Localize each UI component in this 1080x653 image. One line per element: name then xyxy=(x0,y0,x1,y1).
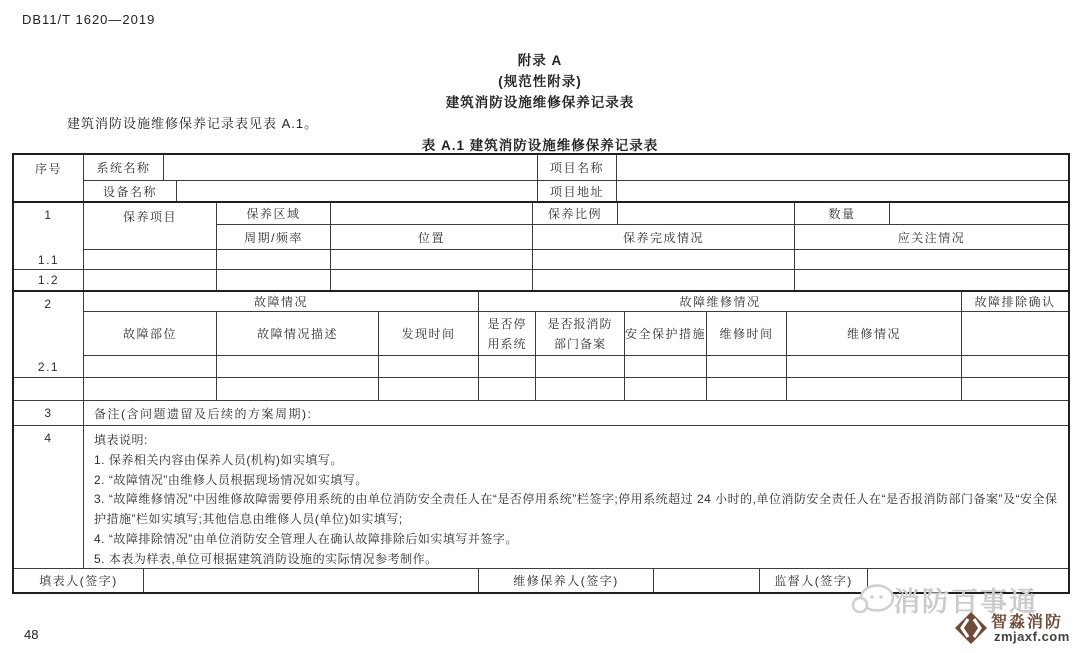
empty-cell xyxy=(84,270,217,290)
empty-cell xyxy=(787,356,962,378)
empty-cell xyxy=(617,155,1068,181)
record-table: 序号 系统名称 项目名称 设备名称 项目地址 1 保养项目 保养区域 保养比例 … xyxy=(12,153,1070,594)
empty-cell xyxy=(962,356,1068,378)
appendix-type-heading: (规范性附录) xyxy=(0,70,1080,90)
maintenance-ratio-label: 保养比例 xyxy=(533,203,618,225)
row-2-1-number: 2.1 xyxy=(14,356,84,378)
row-1-1-number: 1.1 xyxy=(14,250,84,270)
zhimiao-logo-url: zmjaxf.com xyxy=(994,629,1070,644)
fault-desc-header: 故障情况描述 xyxy=(217,312,379,356)
fault-repair-status-header: 故障维修情况 xyxy=(479,292,962,312)
row-1-2-number: 1.2 xyxy=(14,270,84,290)
empty-cell xyxy=(164,155,538,181)
empty-cell xyxy=(84,250,217,270)
empty-cell xyxy=(625,378,707,400)
zhimiao-diamond-logo-icon xyxy=(954,610,988,651)
page-number: 48 xyxy=(24,627,38,642)
empty-cell xyxy=(144,569,479,592)
empty-cell xyxy=(331,203,533,225)
empty-cell xyxy=(962,312,1068,356)
table-section-header-info: 序号 系统名称 项目名称 设备名称 项目地址 xyxy=(14,155,1068,203)
empty-cell xyxy=(625,356,707,378)
stop-system-header: 是否停 用系统 xyxy=(479,312,536,356)
empty-cell xyxy=(177,181,538,201)
empty-cell xyxy=(479,356,536,378)
empty-cell xyxy=(533,270,795,290)
row-3-number: 3 xyxy=(14,401,84,426)
empty-cell xyxy=(795,270,1068,290)
note-line: 4. “故障排除情况”由单位消防安全管理人在确认故障排除后如实填写并签字。 xyxy=(94,530,1058,550)
empty-cell xyxy=(479,378,536,400)
remarks-label: 备注(含问题遗留及后续的方案周期): xyxy=(84,401,1068,426)
empty-cell xyxy=(536,378,625,400)
system-name-label: 系统名称 xyxy=(84,155,164,181)
cycle-frequency-label: 周期/频率 xyxy=(217,225,331,250)
empty-cell xyxy=(217,356,379,378)
row-1-number: 1 xyxy=(14,203,84,250)
document-code: DB11/T 1620—2019 xyxy=(22,12,155,27)
empty-cell xyxy=(707,356,787,378)
location-label: 位置 xyxy=(331,225,533,250)
empty-cell xyxy=(84,356,217,378)
maintainer-signature-label: 维修保养人(签字) xyxy=(479,569,654,592)
empty-cell xyxy=(890,203,1068,225)
chat-bubble-icon xyxy=(851,583,895,622)
table-section-maintenance: 1 保养项目 保养区域 保养比例 数量 周期/频率 位置 保养完成情况 应关注情… xyxy=(14,203,1068,292)
repair-status-header: 维修情况 xyxy=(787,312,962,356)
quantity-label: 数量 xyxy=(795,203,890,225)
note-line: 1. 保养相关内容由保养人员(机构)如实填写。 xyxy=(94,451,1058,471)
note-line: 填表说明: xyxy=(94,431,1058,451)
fill-instructions: 填表说明: 1. 保养相关内容由保养人员(机构)如实填写。 2. “故障情况”由… xyxy=(84,426,1068,568)
empty-cell xyxy=(654,569,760,592)
appendix-title: 建筑消防设施维修保养记录表 xyxy=(0,91,1080,111)
empty-cell xyxy=(379,378,479,400)
maintenance-item-label: 保养项目 xyxy=(84,203,217,250)
empty-cell xyxy=(217,250,331,270)
table-caption: 表 A.1 建筑消防设施维修保养记录表 xyxy=(0,134,1080,154)
found-time-header: 发现时间 xyxy=(379,312,479,356)
repair-time-header: 维修时间 xyxy=(707,312,787,356)
empty-cell xyxy=(217,378,379,400)
empty-cell xyxy=(617,181,1068,201)
empty-cell xyxy=(707,378,787,400)
empty-cell xyxy=(795,250,1068,270)
empty-cell xyxy=(379,356,479,378)
empty-cell xyxy=(618,203,795,225)
empty-cell xyxy=(217,270,331,290)
completion-status-label: 保养完成情况 xyxy=(533,225,795,250)
empty-cell xyxy=(536,356,625,378)
empty-cell xyxy=(14,378,84,400)
attention-status-label: 应关注情况 xyxy=(795,225,1068,250)
empty-cell xyxy=(787,378,962,400)
note-line: 5. 本表为样表,单位可根据建筑消防设施的实际情况参考制作。 xyxy=(94,550,1058,568)
row-2-number: 2 xyxy=(14,292,84,356)
intro-text: 建筑消防设施维修保养记录表见表 A.1。 xyxy=(67,113,318,132)
report-fire-dept-header: 是否报消防 部门备案 xyxy=(536,312,625,356)
filler-signature-label: 填表人(签字) xyxy=(14,569,144,592)
safety-measures-header: 安全保护措施 xyxy=(625,312,707,356)
seq-no-header: 序号 xyxy=(14,155,84,201)
empty-cell xyxy=(331,250,533,270)
device-name-label: 设备名称 xyxy=(84,181,177,201)
maintenance-area-label: 保养区域 xyxy=(217,203,331,225)
empty-cell xyxy=(962,378,1068,400)
empty-cell xyxy=(84,378,217,400)
fault-status-header: 故障情况 xyxy=(84,292,479,312)
project-name-label: 项目名称 xyxy=(538,155,617,181)
note-line: 3. “故障维修情况”中因维修故障需要停用系统的由单位消防安全责任人在“是否停用… xyxy=(94,490,1058,530)
note-line: 2. “故障情况”由维修人员根据现场情况如实填写。 xyxy=(94,471,1058,491)
fault-clear-confirm-header: 故障排除确认 xyxy=(962,292,1068,312)
appendix-heading: 附录 A xyxy=(0,49,1080,69)
project-address-label: 项目地址 xyxy=(538,181,617,201)
table-section-fault: 2 故障情况 故障维修情况 故障排除确认 故障部位 故障情况描述 发现时间 是否… xyxy=(14,292,1068,401)
row-4-number: 4 xyxy=(14,426,84,568)
fault-part-header: 故障部位 xyxy=(84,312,217,356)
empty-cell xyxy=(331,270,533,290)
empty-cell xyxy=(533,250,795,270)
table-section-notes: 3 备注(含问题遗留及后续的方案周期): 4 填表说明: 1. 保养相关内容由保… xyxy=(14,401,1068,569)
